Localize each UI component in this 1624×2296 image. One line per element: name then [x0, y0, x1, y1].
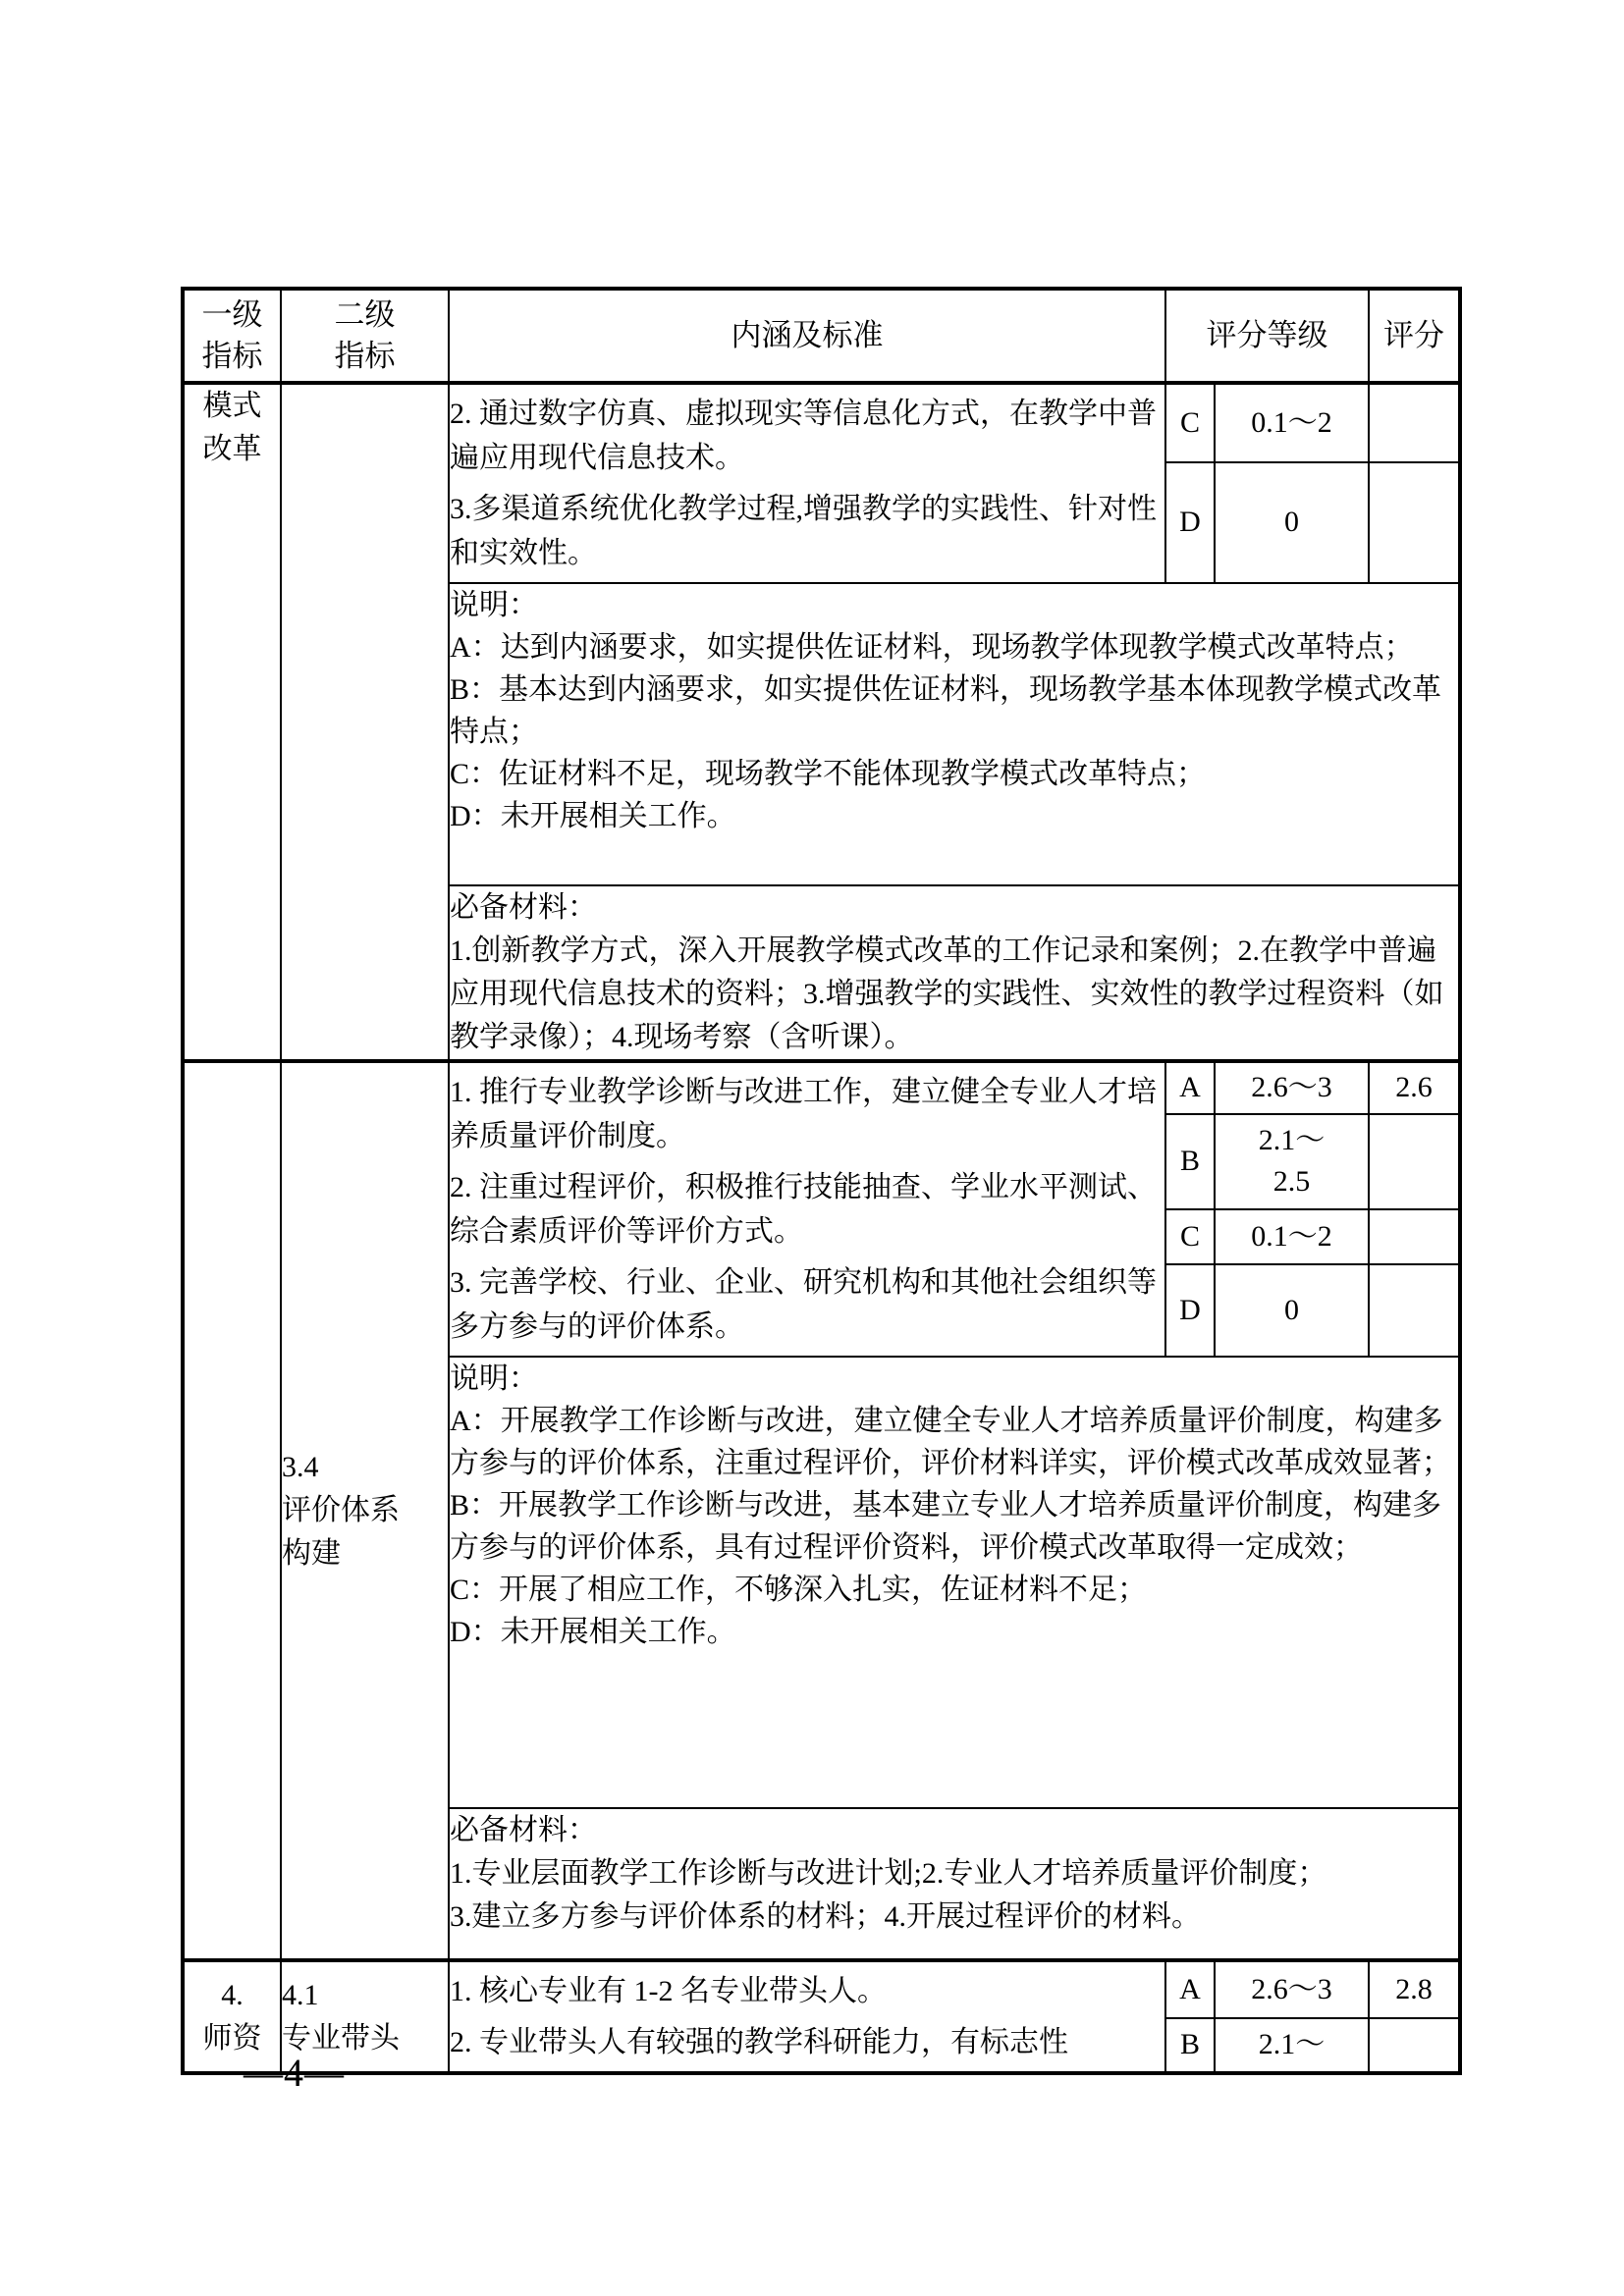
grade-range-cell: 0 [1215, 1264, 1369, 1357]
header-score: 评分 [1369, 289, 1460, 383]
grade-letter-cell: B [1165, 1114, 1215, 1209]
document-page: 一级 指标 二级 指标 内涵及标准 评分等级 评分 模式 改革 2. 通过数字仿… [0, 0, 1624, 2296]
section2-level1-cell [183, 1061, 281, 1960]
table-header-row: 一级 指标 二级 指标 内涵及标准 评分等级 评分 [183, 289, 1460, 383]
score-cell: 2.8 [1369, 1960, 1460, 2018]
score-cell [1369, 1264, 1460, 1357]
section1-content-cell: 2. 通过数字仿真、虚拟现实等信息化方式，在教学中普遍应用现代信息技术。 3.多… [449, 383, 1165, 583]
grade-letter-cell: B [1165, 2018, 1215, 2073]
grade-letter-cell: C [1165, 383, 1215, 462]
table-row: 4. 师资 4.1 专业带头 1. 核心专业有 1-2 名专业带头人。 2. 专… [183, 1960, 1460, 2018]
score-cell [1369, 2018, 1460, 2073]
grade-letter-cell: A [1165, 1960, 1215, 2018]
grade-range-cell: 2.1～ [1215, 2018, 1369, 2073]
grade-range-cell: 2.6～3 [1215, 1061, 1369, 1114]
grade-range-cell: 0.1～2 [1215, 383, 1369, 462]
content-item: 2. 通过数字仿真、虚拟现实等信息化方式，在教学中普遍应用现代信息技术。 [450, 392, 1164, 480]
score-cell: 2.6 [1369, 1061, 1460, 1114]
grade-range-cell: 0 [1215, 462, 1369, 583]
content-item: 2. 专业带头人有较强的教学科研能力，有标志性 [450, 2020, 1164, 2064]
section1-materials-cell: 必备材料： 1.创新教学方式，深入开展教学模式改革的工作记录和案例；2.在教学中… [449, 885, 1460, 1061]
grade-range-cell: 2.6～3 [1215, 1960, 1369, 2018]
grade-range-cell: 2.1～ 2.5 [1215, 1114, 1369, 1209]
content-item: 1. 核心专业有 1-2 名专业带头人。 [450, 1969, 1164, 2013]
grade-letter-cell: D [1165, 462, 1215, 583]
header-level1-indicator: 一级 指标 [183, 289, 281, 383]
content-item: 2. 注重过程评价，积极推行技能抽查、学业水平测试、综合素质评价等评价方式。 [450, 1165, 1164, 1254]
content-item: 3. 完善学校、行业、企业、研究机构和其他社会组织等多方参与的评价体系。 [450, 1260, 1164, 1349]
score-cell [1369, 383, 1460, 462]
header-content-standard: 内涵及标准 [449, 289, 1165, 383]
section2-content-cell: 1. 推行专业教学诊断与改进工作，建立健全专业人才培养质量评价制度。 2. 注重… [449, 1061, 1165, 1357]
header-level2-indicator: 二级 指标 [281, 289, 449, 383]
section2-materials-cell: 必备材料： 1.专业层面教学工作诊断与改进计划;2.专业人才培养质量评价制度； … [449, 1808, 1460, 1960]
section1-note-cell: 说明： A：达到内涵要求，如实提供佐证材料，现场教学体现教学模式改革特点； B：… [449, 583, 1460, 885]
section1-level1-cell: 模式 改革 [183, 383, 281, 1061]
grade-range-cell: 0.1～2 [1215, 1209, 1369, 1265]
section3-content-cell: 1. 核心专业有 1-2 名专业带头人。 2. 专业带头人有较强的教学科研能力，… [449, 1960, 1165, 2073]
score-cell [1369, 462, 1460, 583]
grade-letter-cell: C [1165, 1209, 1215, 1265]
score-cell [1369, 1209, 1460, 1265]
content-item: 3.多渠道系统优化教学过程,增强教学的实践性、针对性和实效性。 [450, 487, 1164, 575]
page-number: —4— [244, 2050, 345, 2096]
grade-letter-cell: A [1165, 1061, 1215, 1114]
evaluation-table: 一级 指标 二级 指标 内涵及标准 评分等级 评分 模式 改革 2. 通过数字仿… [181, 287, 1462, 2075]
header-grade-level: 评分等级 [1165, 289, 1369, 383]
content-item: 1. 推行专业教学诊断与改进工作，建立健全专业人才培养质量评价制度。 [450, 1070, 1164, 1158]
score-cell [1369, 1114, 1460, 1209]
section2-note-cell: 说明： A：开展教学工作诊断与改进，建立健全专业人才培养质量评价制度，构建多方参… [449, 1357, 1460, 1808]
section1-level2-cell [281, 383, 449, 1061]
table-row: 模式 改革 2. 通过数字仿真、虚拟现实等信息化方式，在教学中普遍应用现代信息技… [183, 383, 1460, 462]
grade-letter-cell: D [1165, 1264, 1215, 1357]
table-row: 3.4 评价体系 构建 1. 推行专业教学诊断与改进工作，建立健全专业人才培养质… [183, 1061, 1460, 1114]
section2-level2-cell: 3.4 评价体系 构建 [281, 1061, 449, 1960]
